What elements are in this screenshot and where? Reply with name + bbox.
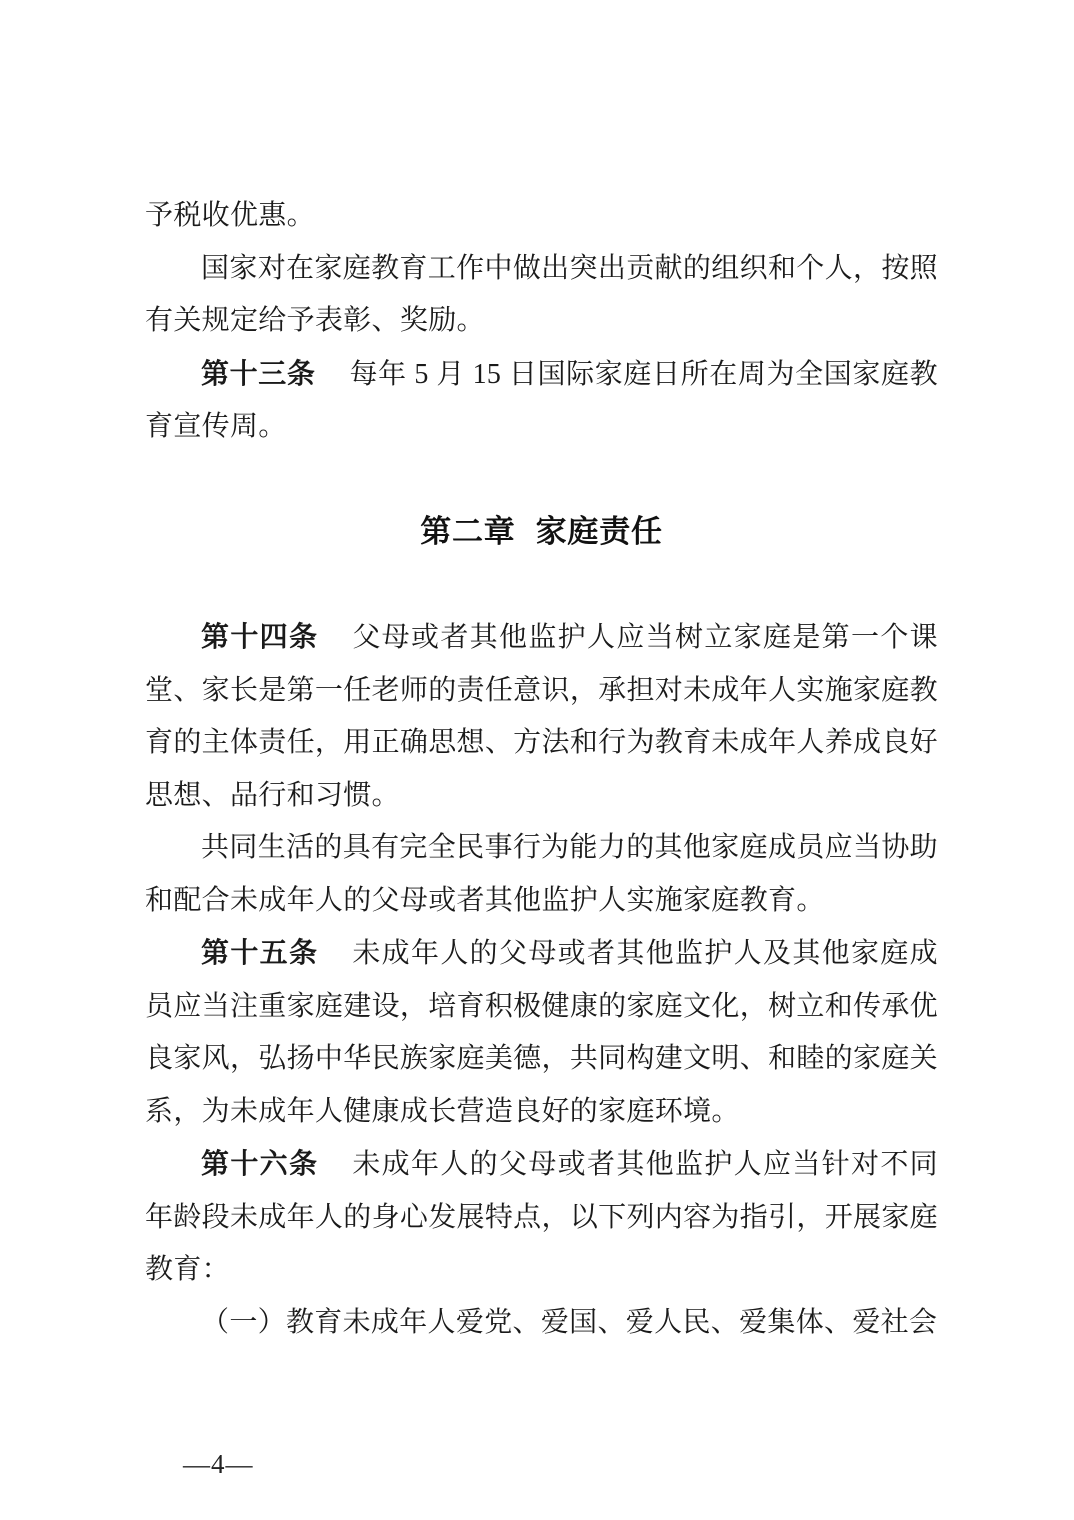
paragraph-article-15: 第十五条未成年人的父母或者其他监护人及其他家庭成员应当注重家庭建设，培育积极健康… xyxy=(145,927,938,1138)
document-page: 予税收优惠。 国家对在家庭教育工作中做出突出贡献的组织和个人，按照有关规定给予表… xyxy=(0,0,1074,1520)
paragraph-text: 予税收优惠。 xyxy=(145,200,315,231)
chapter-heading: 第二章家庭责任 xyxy=(145,506,938,559)
article-number: 第十四条 xyxy=(201,621,318,652)
paragraph: 国家对在家庭教育工作中做出突出贡献的组织和个人，按照有关规定给予表彰、奖励。 xyxy=(145,243,938,348)
page-number: —4— xyxy=(183,1448,254,1480)
chapter-title: 家庭责任 xyxy=(536,514,663,549)
paragraph: 共同生活的具有完全民事行为能力的其他家庭成员应当协助和配合未成年人的父母或者其他… xyxy=(145,822,938,927)
paragraph-continuation: 予税收优惠。 xyxy=(145,190,938,243)
paragraph-list-item: （一）教育未成年人爱党、爱国、爱人民、爱集体、爱社会 xyxy=(145,1297,938,1350)
paragraph-article-13: 第十三条每年 5 月 15 日国际家庭日所在周为全国家庭教育宣传周。 xyxy=(145,348,938,454)
paragraph-article-16: 第十六条未成年人的父母或者其他监护人应当针对不同年龄段未成年人的身心发展特点，以… xyxy=(145,1138,938,1297)
article-number: 第十五条 xyxy=(201,937,318,968)
paragraph-text: 共同生活的具有完全民事行为能力的其他家庭成员应当协助和配合未成年人的父母或者其他… xyxy=(145,832,938,916)
chapter-number: 第二章 xyxy=(420,514,515,549)
paragraph-article-14: 第十四条父母或者其他监护人应当树立家庭是第一个课堂、家长是第一任老师的责任意识，… xyxy=(145,611,938,822)
article-number: 第十三条 xyxy=(201,358,316,389)
article-number: 第十六条 xyxy=(201,1148,318,1179)
page-content: 予税收优惠。 国家对在家庭教育工作中做出突出贡献的组织和个人，按照有关规定给予表… xyxy=(145,190,938,1349)
paragraph-text: （一）教育未成年人爱党、爱国、爱人民、爱集体、爱社会 xyxy=(201,1307,937,1338)
paragraph-text: 国家对在家庭教育工作中做出突出贡献的组织和个人，按照有关规定给予表彰、奖励。 xyxy=(145,253,938,337)
